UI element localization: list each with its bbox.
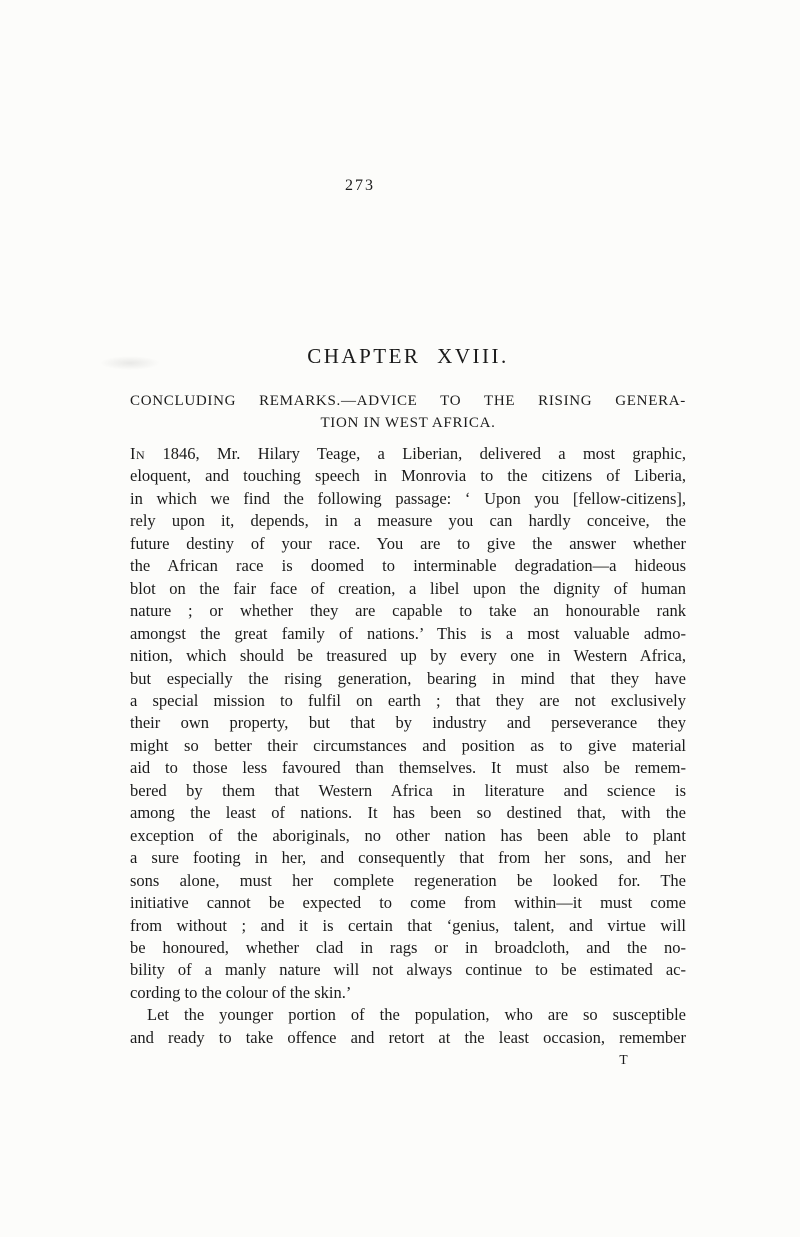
- text-line: exception of the aboriginals, no other n…: [130, 825, 686, 847]
- body-text: In 1846, Mr. Hilary Teage, a Liberian, d…: [130, 443, 686, 1049]
- paragraph-1: In 1846, Mr. Hilary Teage, a Liberian, d…: [130, 443, 686, 1004]
- text-line: from without ; and it is certain that ‘g…: [130, 915, 686, 937]
- chapter-subtitle-line1: CONCLUDING REMARKS.—ADVICE TO THE RISING…: [130, 390, 686, 412]
- text-line-rest: 1846, Mr. Hilary Teage, a Liberian, deli…: [163, 444, 686, 463]
- text-line: rely upon it, depends, in a measure you …: [130, 510, 686, 532]
- chapter-subtitle-line2: TION IN WEST AFRICA.: [130, 412, 686, 434]
- text-line: bility of a manly nature will not always…: [130, 959, 686, 981]
- text-line: aid to those less favoured than themselv…: [130, 757, 686, 779]
- text-line: sons alone, must her complete regenerati…: [130, 870, 686, 892]
- text-line: among the least of nations. It has been …: [130, 802, 686, 824]
- text-line: but especially the rising generation, be…: [130, 668, 686, 690]
- text-line: amongst the great family of nations.’ Th…: [130, 623, 686, 645]
- text-line: Let the younger portion of the populatio…: [130, 1004, 686, 1026]
- chapter-heading: CHAPTER XVIII.: [130, 344, 686, 369]
- text-line: initiative cannot be expected to come fr…: [130, 892, 686, 914]
- text-line: their own property, but that by industry…: [130, 712, 686, 734]
- text-line: In 1846, Mr. Hilary Teage, a Liberian, d…: [130, 443, 686, 465]
- text-line: a special mission to fulfil on earth ; t…: [130, 690, 686, 712]
- text-line: might so better their circumstances and …: [130, 735, 686, 757]
- text-line: in which we find the following passage: …: [130, 488, 686, 510]
- text-line: eloquent, and touching speech in Monrovi…: [130, 465, 686, 487]
- lead-word: In: [130, 444, 145, 463]
- text-line: blot on the fair face of creation, a lib…: [130, 578, 686, 600]
- text-line: cording to the colour of the skin.’: [130, 982, 686, 1004]
- text-line: and ready to take offence and retort at …: [130, 1027, 686, 1049]
- chapter-subtitle: CONCLUDING REMARKS.—ADVICE TO THE RISING…: [130, 390, 686, 434]
- text-line: bered by them that Western Africa in lit…: [130, 780, 686, 802]
- text-line: nition, which should be treasured up by …: [130, 645, 686, 667]
- paragraph-2: Let the younger portion of the populatio…: [130, 1004, 686, 1049]
- page-number: 273: [80, 177, 640, 195]
- text-line: a sure footing in her, and consequently …: [130, 847, 686, 869]
- text-line: future destiny of your race. You are to …: [130, 533, 686, 555]
- printer-signature-mark: T: [584, 1052, 664, 1068]
- text-line: the African race is doomed to interminab…: [130, 555, 686, 577]
- text-line: be honoured, whether clad in rags or in …: [130, 937, 686, 959]
- text-line: nature ; or whether they are capable to …: [130, 600, 686, 622]
